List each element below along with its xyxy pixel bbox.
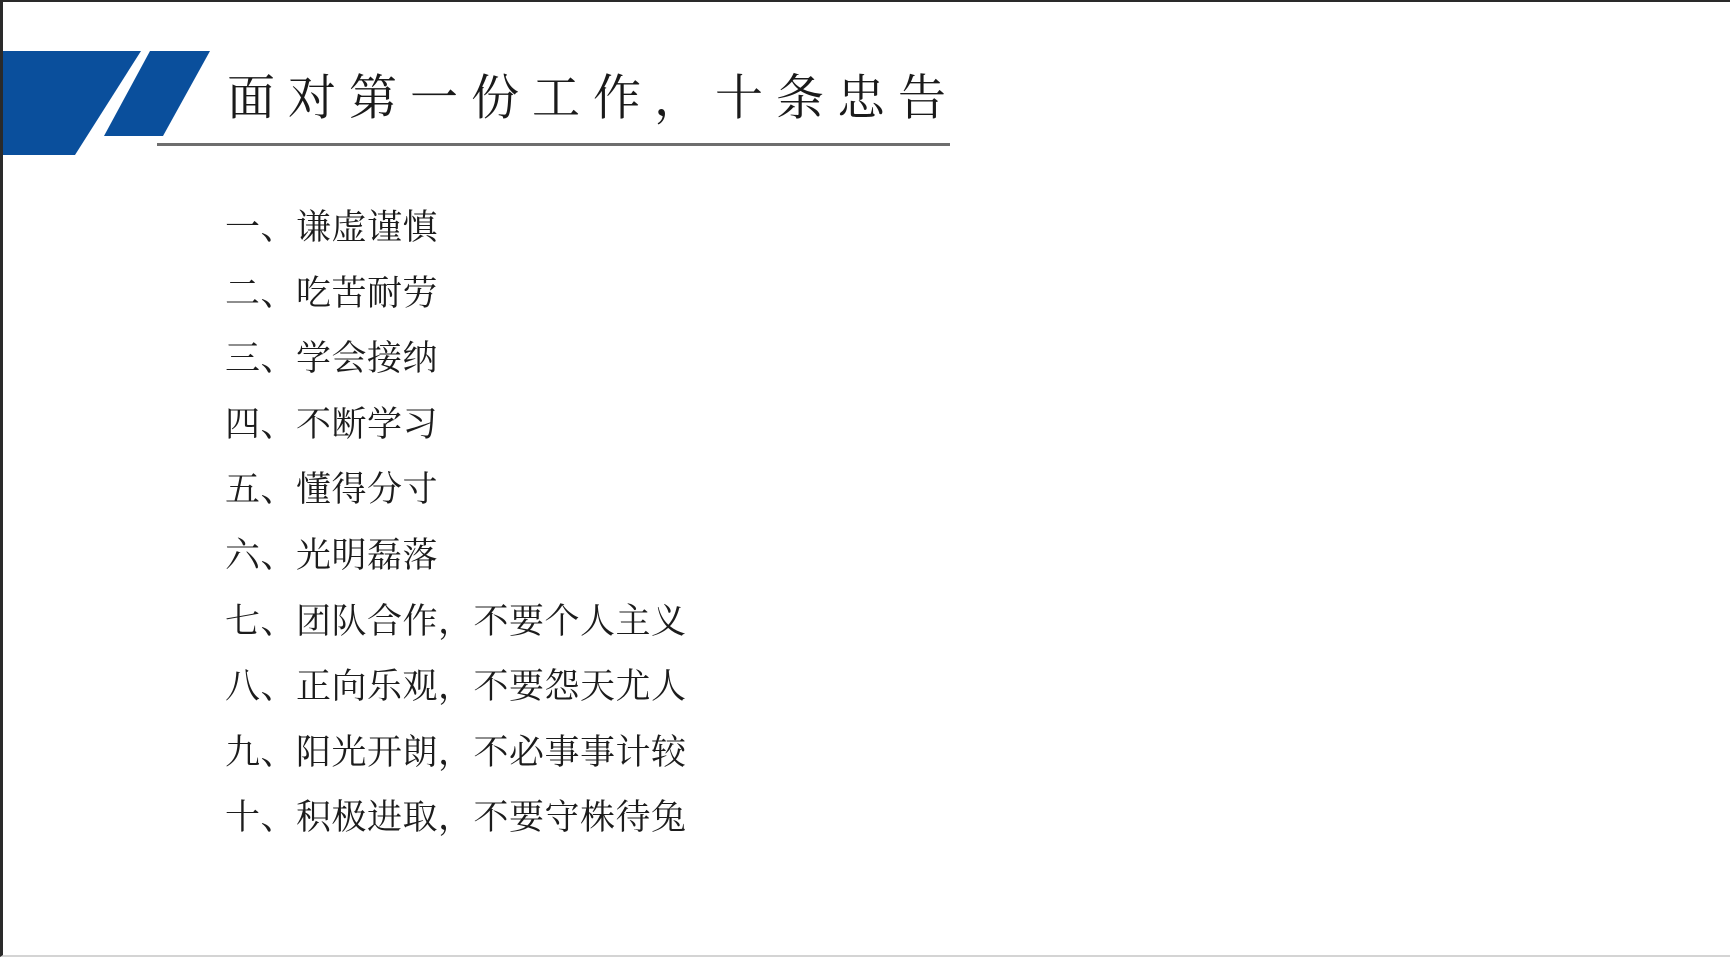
list-item: 二、吃苦耐劳 bbox=[225, 270, 687, 336]
list-item: 四、不断学习 bbox=[225, 401, 687, 467]
list-item: 十、积极进取，不要守株待兔 bbox=[225, 794, 687, 860]
list-item: 七、团队合作，不要个人主义 bbox=[225, 598, 687, 664]
list-item: 八、正向乐观，不要怨天尤人 bbox=[225, 663, 687, 729]
accent-parallelogram-large bbox=[3, 51, 141, 155]
list-item: 五、懂得分寸 bbox=[225, 466, 687, 532]
list-item: 一、谦虚谨慎 bbox=[225, 204, 687, 270]
list-item: 九、阳光开朗，不必事事计较 bbox=[225, 729, 687, 795]
slide-title: 面对第一份工作，十条忠告 bbox=[227, 65, 959, 130]
advice-list: 一、谦虚谨慎 二、吃苦耐劳 三、学会接纳 四、不断学习 五、懂得分寸 六、光明磊… bbox=[225, 204, 687, 860]
title-underline bbox=[157, 143, 950, 146]
slide: 面对第一份工作，十条忠告 一、谦虚谨慎 二、吃苦耐劳 三、学会接纳 四、不断学习… bbox=[0, 0, 1730, 957]
list-item: 三、学会接纳 bbox=[225, 335, 687, 401]
title-accent-shapes bbox=[3, 2, 263, 172]
list-item: 六、光明磊落 bbox=[225, 532, 687, 598]
